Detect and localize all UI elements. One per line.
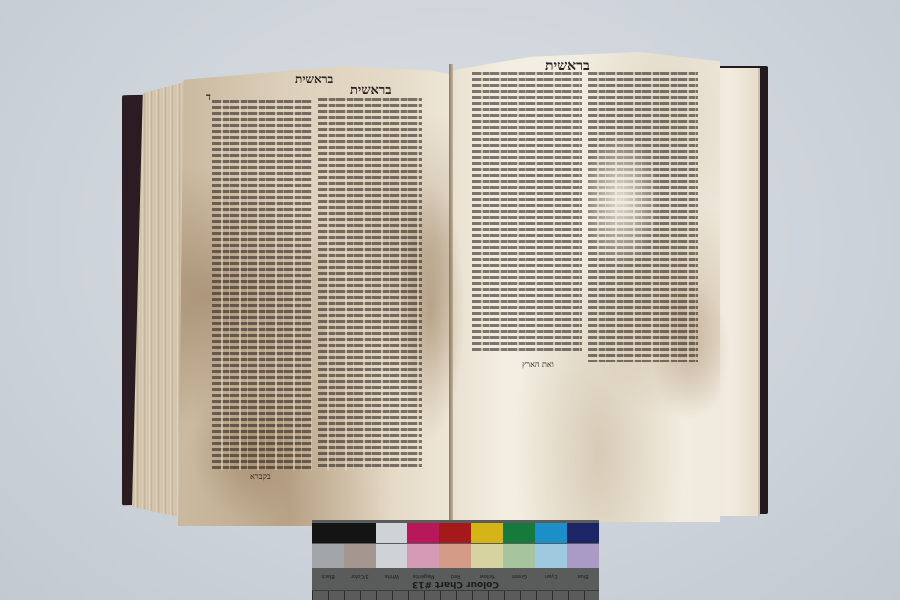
left-catchword: בקברא (250, 472, 271, 481)
patch-white-tint (376, 544, 407, 568)
patch-red (439, 523, 471, 543)
chart-patch-labels: Blue Cyan Green Yellow Red Magenta White… (312, 569, 599, 579)
patch-blue-tint (567, 544, 599, 568)
patch-magenta (407, 523, 439, 543)
patch-magenta-tint (407, 544, 439, 568)
patch-cyan-tint (535, 544, 567, 568)
label-red: Red (440, 569, 472, 579)
right-page-column-inner (472, 72, 582, 352)
patch-cyan (535, 523, 567, 543)
patch-white (376, 523, 407, 543)
label-magenta: Magenta (408, 569, 440, 579)
centimetre-ruler (312, 590, 599, 600)
chart-top-row (312, 523, 599, 543)
left-running-head-outer: בראשית (295, 72, 333, 87)
patch-red-tint (439, 544, 471, 568)
colour-calibration-chart: Blue Cyan Green Yellow Red Magenta White… (312, 520, 599, 600)
left-page-column-inner (318, 98, 422, 470)
patch-green (503, 523, 535, 543)
right-catchword: ואת הארץ (522, 360, 554, 369)
label-cyan: Cyan (535, 569, 567, 579)
patch-yellow (471, 523, 503, 543)
label-yellow: Yellow (471, 569, 503, 579)
chart-bottom-row (312, 544, 599, 568)
faded-ink-area (580, 130, 660, 270)
label-green: Green (503, 569, 535, 579)
chart-title: Colour Chart #13 (312, 579, 599, 589)
book-photo-scene: בראשית בראשית ד בראשית בקברא ואת הארץ (0, 0, 900, 600)
left-running-head-inner: בראשית (350, 82, 392, 98)
patch-grey (312, 544, 344, 568)
left-folio-number: ד (206, 92, 211, 103)
left-page-column-outer (212, 100, 312, 470)
label-white: White (376, 569, 408, 579)
label-black: Black (312, 569, 344, 579)
patch-3color (344, 544, 376, 568)
label-blue: Blue (567, 569, 599, 579)
label-3color: 3/Color (344, 569, 376, 579)
patch-yellow-tint (471, 544, 503, 568)
patch-blue (567, 523, 599, 543)
patch-green-tint (503, 544, 535, 568)
patch-black (312, 523, 376, 543)
